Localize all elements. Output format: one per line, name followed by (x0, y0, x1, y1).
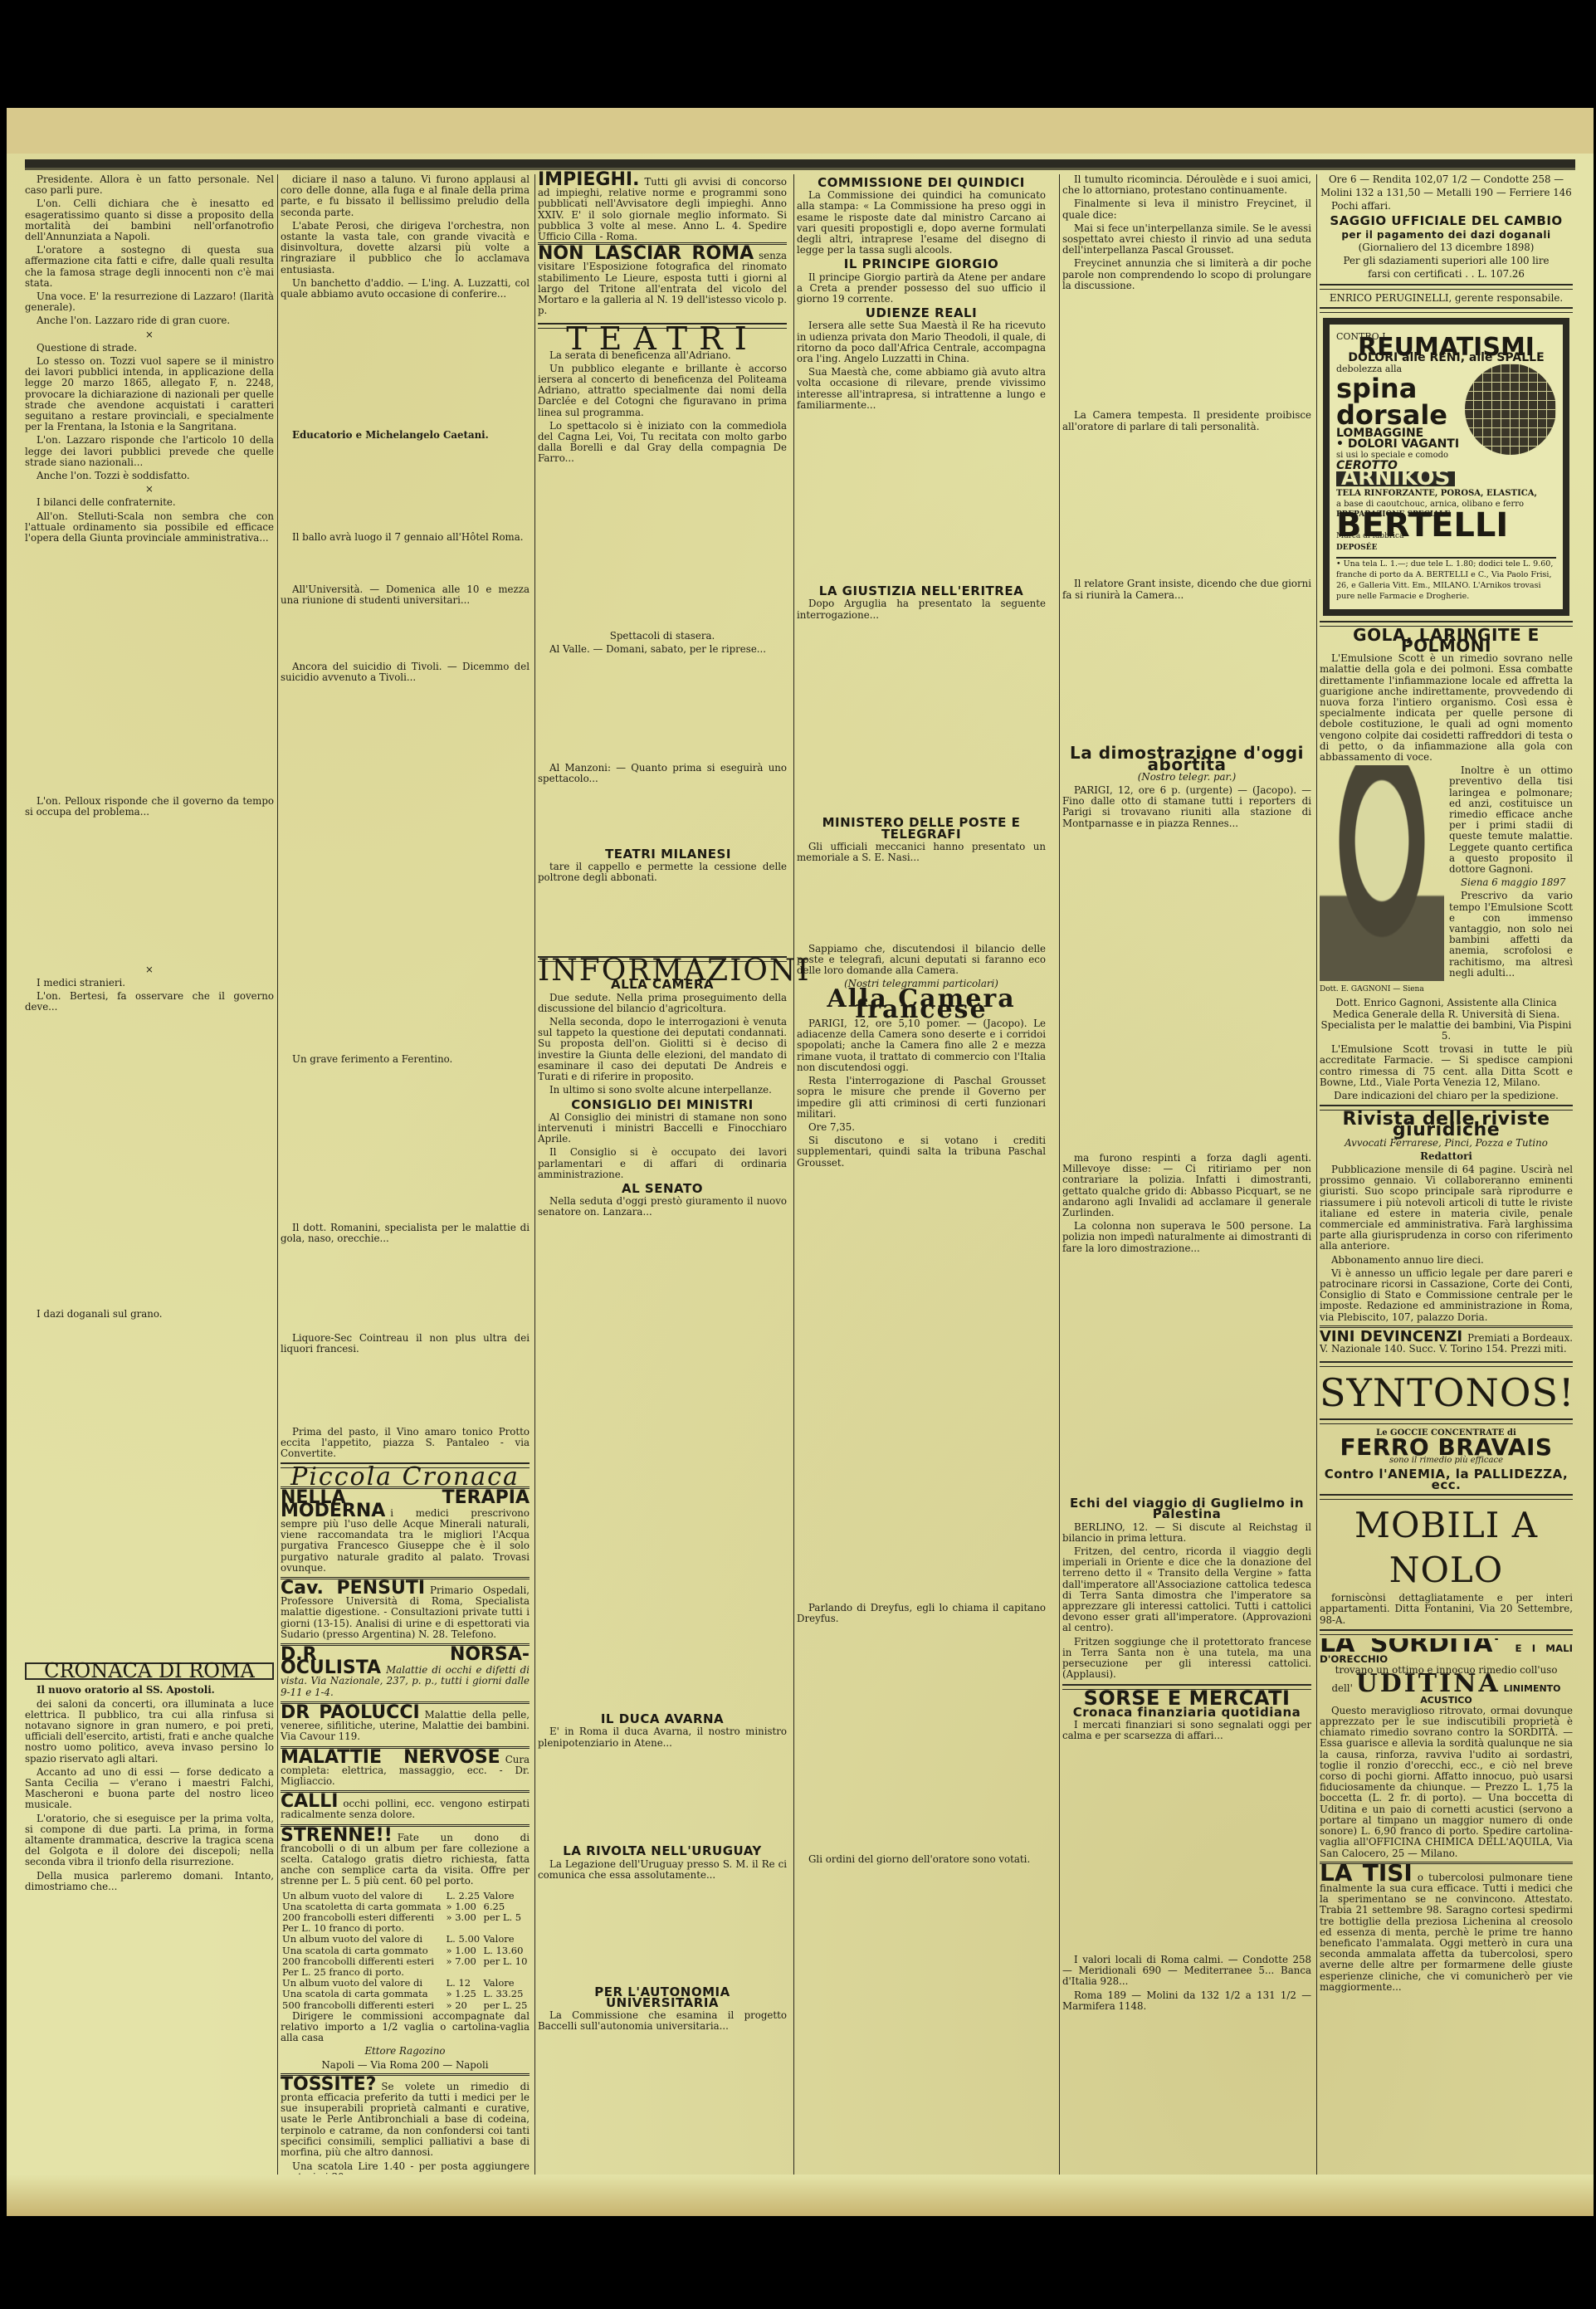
paragraph: Il dott. Romanini, specialista per le ma… (281, 1223, 530, 1330)
section-heading: TEATRI MILANESI (538, 849, 787, 860)
column-rule (1059, 174, 1060, 2199)
cambio-line: Per gli sdaziamenti superiori alle 100 l… (1320, 256, 1573, 266)
table-row: Una scatola di carta gommato» 1.00L. 13.… (281, 1945, 530, 1956)
informazioni-heading: INFORMAZIONI (538, 965, 787, 976)
paragraph: Un pubblico elegante e brillante è accor… (538, 364, 787, 418)
table-cell: L. 13.60 (482, 1945, 530, 1956)
paragraph: In ultimo si sono svolte alcune interpel… (538, 1085, 787, 1096)
paragraph: Questione di strade. (25, 343, 274, 354)
paragraph: Lo spettacolo si è iniziato con la comme… (538, 421, 787, 628)
table-cell: » 3.00 (445, 1912, 482, 1923)
paragraph: Un banchetto d'addio. — L'ing. A. Luzzat… (281, 278, 530, 427)
cambio-line: farsi con certificati . . L. 107.26 (1320, 269, 1573, 280)
gola-heading: GOLA, LARINGITE E POLMONI (1320, 630, 1573, 652)
separator-icon: × (25, 964, 274, 975)
table-cell: 6.25 (482, 1901, 530, 1912)
paragraph: L'oratorio, che si eseguisce per la prim… (25, 1814, 274, 1868)
table-cell: » 1.25 (445, 1989, 482, 1999)
separator-icon: × (25, 330, 274, 340)
paragraph: Lo stesso on. Tozzi vuol sapere se il mi… (25, 356, 274, 432)
dimostrazione-heading: La dimostrazione d'oggi abortita (1062, 748, 1311, 769)
paragraph: I mercati finanziari si sono segnalati o… (1062, 1720, 1311, 1952)
section-subheading: Cronaca finanziaria quotidiana (1062, 1707, 1311, 1718)
paragraph: Dott. Enrico Gagnoni, Assistente alla Cl… (1320, 998, 1573, 1042)
paragraph: L'oratore a sostegno di questa sua affer… (25, 245, 274, 289)
paper-margin (7, 108, 1594, 154)
section-heading: IL PRINCIPE GIORGIO (797, 259, 1046, 270)
paragraph: L'abate Perosi, che dirigeva l'orchestra… (281, 221, 530, 276)
table-cell: Valore (482, 1934, 530, 1945)
table-row: 200 francobolli differenti esteri» 7.00p… (281, 1956, 530, 1967)
section-subheading: Il nuovo oratorio al SS. Apostoli. (25, 1685, 274, 1696)
paragraph: Nella seduta d'oggi prestò giuramento il… (538, 1196, 787, 1711)
paragraph: Resta l'interrogazione di Paschal Grouss… (797, 1076, 1046, 1120)
advertiser-address: Napoli — Via Roma 200 — Napoli (281, 2060, 530, 2071)
column-rule (534, 174, 535, 2199)
table-row: Una scatola di carta gommata» 1.25L. 33.… (281, 1989, 530, 1999)
paragraph: Questo meraviglioso ritrovato, ormai dov… (1320, 1706, 1573, 1859)
borse-heading: SORSE E MERCATI (1062, 1693, 1311, 1704)
ad-uditina: dell' UDITINA LINIMENTO ACUSTICO (1320, 1678, 1573, 1705)
ad-ferro-bravais: FERRO BRAVAIS (1320, 1442, 1573, 1452)
paragraph: I valori locali di Roma calmi. — Condott… (1062, 1955, 1311, 1988)
table-cell: per L. 25 (482, 2000, 530, 2011)
paragraph: Una voce. E' la resurrezione di Lazzaro!… (25, 291, 274, 313)
paragraph: tare il cappello e permette la cessione … (538, 862, 787, 953)
globe-illustration-icon (1465, 364, 1556, 455)
paragraph: forniscònsi dettagliatamente e per inter… (1320, 1593, 1573, 1626)
table-cell: Un album vuoto del valore di (281, 1934, 445, 1945)
guglielmo-heading: Echi del viaggio di Guglielmo in Palesti… (1062, 1498, 1311, 1520)
ad-calli: CALLIocchi pollini, ecc. vengono estirpa… (281, 1790, 530, 1823)
telegram-label: (Nostro telegr. par.) (1062, 772, 1311, 783)
gerente-line: ENRICO PERUGINELLI, gerente responsabile… (1320, 293, 1573, 304)
paragraph: Parlando di Dreyfus, egli lo chiama il c… (797, 1603, 1046, 1852)
rule (1320, 1494, 1573, 1500)
paragraph: Al Consiglio dei ministri di stamane non… (538, 1112, 787, 1145)
cambio-date: (Giornaliero del 13 dicembre 1898) (1320, 242, 1573, 253)
portrait-caption: Dott. E. GAGNONI — Siena (1320, 984, 1573, 995)
piccola-cronaca-heading: Piccola Cronaca (281, 1472, 530, 1482)
ad-paolucci: DR PAOLUCCIMalattie della pelle, veneree… (281, 1701, 530, 1746)
header-rule (25, 159, 1575, 170)
section-heading: IL DUCA AVARNA (538, 1714, 787, 1725)
paragraph: I medici stranieri. (25, 978, 274, 989)
paragraph: Prima del pasto, il Vino amaro tonico Pr… (281, 1427, 530, 1460)
column-1: Presidente. Allora è un fatto personale.… (25, 174, 274, 1895)
paragraph: L'on. Pelloux risponde che il governo da… (25, 796, 274, 962)
paragraph: Ore 7,35. (797, 1122, 1046, 1133)
paragraph: E' in Roma il duca Avarna, il nostro min… (538, 1726, 787, 1843)
section-heading: LA RIVOLTA NELL'URUGUAY (538, 1846, 787, 1857)
paragraph: L'on. Lazzaro risponde che l'articolo 10… (25, 435, 274, 468)
ad-syntonos: SYNTONOS! (1320, 1370, 1573, 1415)
ad-mobili-a-nolo: MOBILI A NOLO (1320, 1503, 1573, 1593)
table-row: 500 francobolli differenti esteri» 20per… (281, 2000, 530, 2011)
rule (1320, 1629, 1573, 1635)
teatri-heading: TEATRI (538, 334, 787, 344)
paragraph: Abbonamento annuo lire dieci. (1320, 1255, 1573, 1266)
strenne-price-table: Un album vuoto del valore diL. 2.25Valor… (281, 1891, 530, 2011)
section-heading: PER L'AUTONOMIA UNIVERSITARIA (538, 1987, 787, 2009)
paragraph: Vi è annesso un ufficio legale per dare … (1320, 1268, 1573, 1323)
paragraph: Anche l'on. Lazzaro ride di gran cuore. (25, 315, 274, 326)
paragraph: Il tumulto ricomincia. Déroulède e i suo… (1062, 174, 1311, 196)
paragraph: Gli ordini del giorno dell'oratore sono … (797, 1854, 1046, 1865)
table-cell: L. 5.00 (445, 1934, 482, 1945)
column-6: Ore 6 — Rendita 102,07 1/2 — Condotte 25… (1320, 174, 1573, 1996)
paper-margin (7, 2175, 1594, 2216)
paragraph: Dare indicazioni del chiaro per la spedi… (1320, 1091, 1573, 1101)
table-cell: Una scatola di carta gommato (281, 1945, 445, 1956)
ad-pensuti: Cav. PENSUTIPrimario Ospedali, Professor… (281, 1577, 530, 1643)
paragraph: Presidente. Allora è un fatto personale.… (25, 174, 274, 196)
column-4: COMMISSIONE DEI QUINDICI La Commissione … (797, 174, 1046, 1867)
ad-text: TELA RINFORZANTE, POROSA, ELASTICA, (1336, 488, 1556, 499)
paragraph: L'on. Celli dichiara che è inesatto ed e… (25, 198, 274, 242)
table-cell: » 1.00 (445, 1901, 482, 1912)
newspaper-page: Presidente. Allora è un fatto personale.… (7, 108, 1594, 2216)
column-2: diciare il naso a taluno. Vi furono appl… (281, 174, 530, 2210)
ad-malattie-nervose: MALATTIE NERVOSECura completa: elettrica… (281, 1746, 530, 1791)
borsa-line: Molini 132 a 131,50 — Metalli 190 — Ferr… (1320, 188, 1573, 198)
table-cell: L. 2.25 (445, 1891, 482, 1901)
paragraph: Sua Maestà che, come abbiamo già avuto a… (797, 367, 1046, 583)
rivista-authors: Avvocati Ferrarese, Pinci, Pozza e Tutin… (1320, 1138, 1573, 1149)
ad-text: Contro l'ANEMIA, la PALLIDEZZA, ecc. (1320, 1469, 1573, 1491)
table-cell: Una scatola di carta gommata (281, 1989, 445, 1999)
rivista-redattori: Redattori (1320, 1151, 1573, 1162)
paragraph: Della musica parleremo domani. Intanto, … (25, 1871, 274, 1892)
cambio-heading: SAGGIO UFFICIALE DEL CAMBIO (1320, 216, 1573, 227)
section-heading: AL SENATO (538, 1184, 787, 1194)
paragraph: Mai si fece un'interpellanza simile. Se … (1062, 223, 1311, 256)
paragraph: Sappiamo che, discutendosi il bilancio d… (797, 944, 1046, 977)
table-cell: » 1.00 (445, 1945, 482, 1956)
paragraph: Pubblicazione mensile di 64 pagine. Usci… (1320, 1164, 1573, 1252)
table-cell: per L. 5 (482, 1912, 530, 1923)
paragraph: ma furono respinti a forza dagli agenti.… (1062, 1153, 1311, 1218)
paragraph: Il Consiglio si è occupato dei lavori pa… (538, 1147, 787, 1180)
paragraph: Il relatore Grant insiste, dicendo che d… (1062, 578, 1311, 744)
cronaca-di-roma-heading: CRONACA DI ROMA (25, 1662, 274, 1680)
paragraph: La Commissione che esamina il progetto B… (538, 2010, 787, 2032)
section-heading: COMMISSIONE DEI QUINDICI (797, 178, 1046, 188)
paragraph: Freycinet annunzia che si limiterà a dir… (1062, 258, 1311, 408)
paragraph: L'Emulsione Scott trovasi in tutte le pi… (1320, 1044, 1573, 1088)
table-cell: L. 33.25 (482, 1989, 530, 1999)
section-heading: MINISTERO DELLE POSTE E TELEGRAFI (797, 818, 1046, 839)
ad-footer: • Una tela L. 1.—; due tele L. 1.80; dod… (1336, 557, 1556, 603)
separator-icon: × (25, 484, 274, 495)
ad-impieghi: IMPIEGHI.Tutti gli avvisi di concorso ad… (538, 174, 787, 242)
table-cell: » 7.00 (445, 1956, 482, 1967)
paragraph: Il principe Giorgio partirà da Atene per… (797, 272, 1046, 305)
ad-norsa: D.R NORSA-OCULISTAMalattie di occhi e di… (281, 1643, 530, 1701)
column-rule (1316, 174, 1317, 2199)
paragraph: Gli ufficiali meccanici hanno presentato… (797, 842, 1046, 941)
rule (1320, 1361, 1573, 1367)
paragraph: La Legazione dell'Uruguay presso S. M. i… (538, 1859, 787, 1984)
paragraph: La Commissione dei quindici ha comunicat… (797, 190, 1046, 256)
portrait-illustration-icon (1320, 765, 1444, 981)
paragraph: Roma 189 — Molini da 132 1/2 a 131 1/2 —… (1062, 1990, 1311, 2012)
section-heading: LA GIUSTIZIA NELL'ERITREA (797, 586, 1046, 597)
paragraph: Anche l'on. Tozzi è soddisfatto. (25, 471, 274, 481)
paragraph: PARIGI, 12, ore 5,10 pomer. — (Jacopo). … (797, 1018, 1046, 1073)
table-row: Un album vuoto del valore diL. 2.25Valor… (281, 1891, 530, 1901)
paragraph: diciare il naso a taluno. Vi furono appl… (281, 174, 530, 218)
camera-francese-heading: Alla Camera francese (797, 993, 1046, 1015)
column-rule (793, 174, 794, 2199)
table-cell: per L. 10 (482, 1956, 530, 1967)
table-cell: Valore (482, 1891, 530, 1901)
paragraph: All'on. Stelluti-Scala non sembra che co… (25, 511, 274, 793)
ad-vini-devincenzi: VINI DEVINCENZIPremiati a Bordeaux. V. N… (1320, 1325, 1573, 1358)
column-3: IMPIEGHI.Tutti gli avvisi di concorso ad… (538, 174, 787, 2034)
borsa-line: Pochi affari. (1320, 201, 1573, 212)
paragraph: BERLINO, 12. — Si discute al Reichstag i… (1062, 1522, 1311, 1544)
rule (1320, 307, 1573, 313)
table-row: Una scatoletta di carta gommata» 1.006.2… (281, 1901, 530, 1912)
table-cell: » 20 (445, 2000, 482, 2011)
advertiser-name: Ettore Ragozino (281, 2046, 530, 2057)
rule (1320, 284, 1573, 290)
paragraph: Si discutono e si votano i crediti suppl… (797, 1135, 1046, 1600)
paragraph: Accanto ad uno di essi — forse dedicato … (25, 1767, 274, 1811)
paragraph: L'on. Bertesi, fa osservare che il gover… (25, 991, 274, 1306)
table-row: Un album vuoto del valore diL. 5.00Valor… (281, 1934, 530, 1945)
ad-sordita: LA SORDITA' E I MALI D'ORECCHIO (1320, 1638, 1573, 1665)
column-5: Il tumulto ricomincia. Déroulède e i suo… (1062, 174, 1311, 2014)
section-heading: UDIENZE REALI (797, 308, 1046, 319)
paragraph: La colonna non superava le 500 persone. … (1062, 1221, 1311, 1495)
ad-brand: BERTELLI (1336, 520, 1556, 531)
paragraph: Dirigere le commissioni accompagnate dal… (281, 2011, 530, 2044)
paragraph: Al Manzoni: — Quanto prima si eseguirà u… (538, 763, 787, 846)
paragraph: Al Valle. — Domani, sabato, per le ripre… (538, 644, 787, 760)
paragraph: PARIGI, 12, ore 6 p. (urgente) — (Jacopo… (1062, 785, 1311, 1150)
ad-strenne: STRENNE!!Fate un dono di francobolli o d… (281, 1824, 530, 1891)
table-cell: 200 francobolli differenti esteri (281, 1956, 445, 1967)
borsa-line: Ore 6 — Rendita 102,07 1/2 — Condotte 25… (1320, 174, 1573, 185)
paragraph: Ancora del suicidio di Tivoli. — Dicemmo… (281, 661, 530, 1052)
paragraph: dei saloni da concerti, ora illuminata a… (25, 1699, 274, 1765)
paragraph: Un grave ferimento a Ferentino. (281, 1054, 530, 1220)
ad-text: DOLORI alle RENI, alle SPALLE (1336, 353, 1556, 364)
paragraph: L'Emulsione Scott è un rimedio sovrano n… (1320, 653, 1573, 763)
paragraph: I dazi doganali sul grano. (25, 1309, 274, 1657)
ad-non-lasciar-roma: NON LASCIAR ROMAsenza visitare l'Esposiz… (538, 242, 787, 320)
paragraph: Iersera alle sette Sua Maestà il Re ha r… (797, 320, 1046, 364)
ad-brand: ARNIKOS (1336, 471, 1455, 486)
table-cell: Un album vuoto del valore di (281, 1891, 445, 1901)
paragraph: Finalmente si leva il ministro Freycinet… (1062, 198, 1311, 220)
ad-tossite: TOSSITE?Se volete un rimedio di pronta e… (281, 2073, 530, 2161)
paragraph: Fritzen soggiunge che il protettorato fr… (1062, 1637, 1311, 1681)
table-cell: 500 francobolli differenti esteri (281, 2000, 445, 2011)
paragraph: Il ballo avrà luogo il 7 gennaio all'Hôt… (281, 532, 530, 582)
paragraph: Due sedute. Nella prima proseguimento de… (538, 993, 787, 1014)
section-heading: CONSIGLIO DEI MINISTRI (538, 1100, 787, 1111)
ad-terapia: NELLA TERAPIA MODERNAi medici prescrivon… (281, 1486, 530, 1577)
ad-la-tisi: LA TISIo tubercolosi pulmonare tiene fin… (1320, 1862, 1573, 1996)
paragraph: Fritzen, del centro, ricorda il viaggio … (1062, 1546, 1311, 1634)
paragraph: Nella seconda, dopo le interrogazioni è … (538, 1017, 787, 1082)
paragraph: La Camera tempesta. Il presidente proibi… (1062, 410, 1311, 576)
paragraph: Educatorio e Michelangelo Caetani. (281, 430, 530, 530)
ad-arnikos: CONTRO I REUMATISMI DOLORI alle RENI, al… (1323, 318, 1569, 616)
rivista-heading: Rivista delle riviste giuridiche (1320, 1114, 1573, 1135)
paragraph: Liquore-Sec Cointreau il non plus ultra … (281, 1333, 530, 1424)
rule (1320, 1418, 1573, 1424)
section-subheading: Spettacoli di stasera. (538, 631, 787, 642)
cambio-subheading: per il pagamento dei dazi doganali (1320, 230, 1573, 241)
column-rule (277, 174, 278, 2199)
paragraph: Dopo Arguglia ha presentato la seguente … (797, 598, 1046, 814)
paragraph: All'Università. — Domenica alle 10 e mez… (281, 584, 530, 659)
table-cell: Una scatoletta di carta gommata (281, 1901, 445, 1912)
paragraph: I bilanci delle confraternite. (25, 497, 274, 508)
